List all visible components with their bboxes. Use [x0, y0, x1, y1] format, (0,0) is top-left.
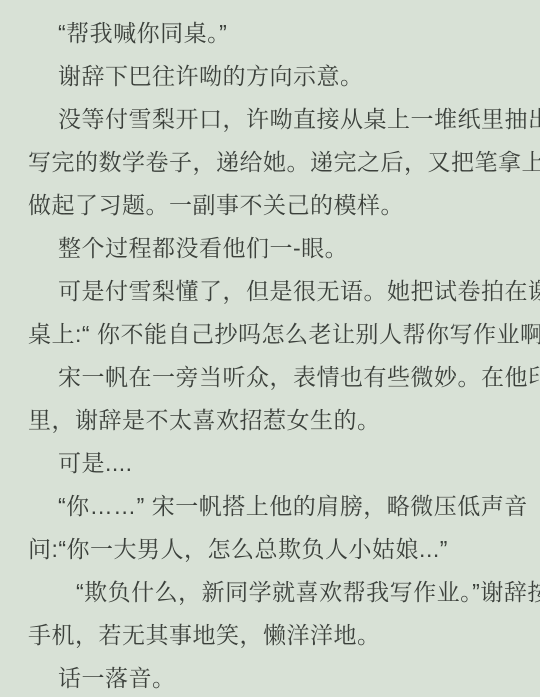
text-line: 问:“你一大男人，怎么总欺负人小姑娘...”	[28, 528, 514, 571]
text-line: 话一落音。	[28, 657, 514, 697]
paragraph: 谢辞下巴往许呦的方向示意。	[28, 55, 514, 98]
text-line: “你……” 宋一帆搭上他的肩膀，略微压低声音	[28, 485, 514, 528]
text-line: 可是付雪梨懂了，但是很无语。她把试卷拍在谢辞课	[28, 270, 514, 313]
text-line: 没等付雪梨开口，许呦直接从桌上一堆纸里抽出一张	[28, 98, 514, 141]
paragraph: “欺负什么，新同学就喜欢帮我写作业。”谢辞按着 手机，若无其事地笑，懒洋洋地。	[28, 571, 514, 657]
text-line: 写完的数学卷子，递给她。递完之后，又把笔拿上，低头	[28, 141, 514, 184]
text-line: 手机，若无其事地笑，懒洋洋地。	[28, 614, 514, 657]
paragraph: “帮我喊你同桌。”	[28, 12, 514, 55]
paragraph: 可是....	[28, 442, 514, 485]
text-line: 可是....	[28, 442, 514, 485]
paragraph: 话一落音。	[28, 657, 514, 697]
paragraph: 可是付雪梨懂了，但是很无语。她把试卷拍在谢辞课 桌上:“ 你不能自己抄吗怎么老让…	[28, 270, 514, 356]
paragraph: 没等付雪梨开口，许呦直接从桌上一堆纸里抽出一张 写完的数学卷子，递给她。递完之后…	[28, 98, 514, 227]
text-line: 宋一帆在一旁当听众，表情也有些微妙。在他印象	[28, 356, 514, 399]
text-line: 桌上:“ 你不能自己抄吗怎么老让别人帮你写作业啊。	[28, 313, 514, 356]
paragraph: 整个过程都没看他们一-眼。	[28, 227, 514, 270]
text-line: 谢辞下巴往许呦的方向示意。	[28, 55, 514, 98]
text-line: “帮我喊你同桌。”	[28, 12, 514, 55]
text-line: 整个过程都没看他们一-眼。	[28, 227, 514, 270]
reader-page[interactable]: “帮我喊你同桌。” 谢辞下巴往许呦的方向示意。 没等付雪梨开口，许呦直接从桌上一…	[0, 0, 540, 697]
text-line: “欺负什么，新同学就喜欢帮我写作业。”谢辞按着	[28, 571, 514, 614]
text-line: 做起了习题。一副事不关己的模样。	[28, 184, 514, 227]
paragraph: 宋一帆在一旁当听众，表情也有些微妙。在他印象 里，谢辞是不太喜欢招惹女生的。	[28, 356, 514, 442]
text-line: 里，谢辞是不太喜欢招惹女生的。	[28, 399, 514, 442]
paragraph: “你……” 宋一帆搭上他的肩膀，略微压低声音 问:“你一大男人，怎么总欺负人小姑…	[28, 485, 514, 571]
